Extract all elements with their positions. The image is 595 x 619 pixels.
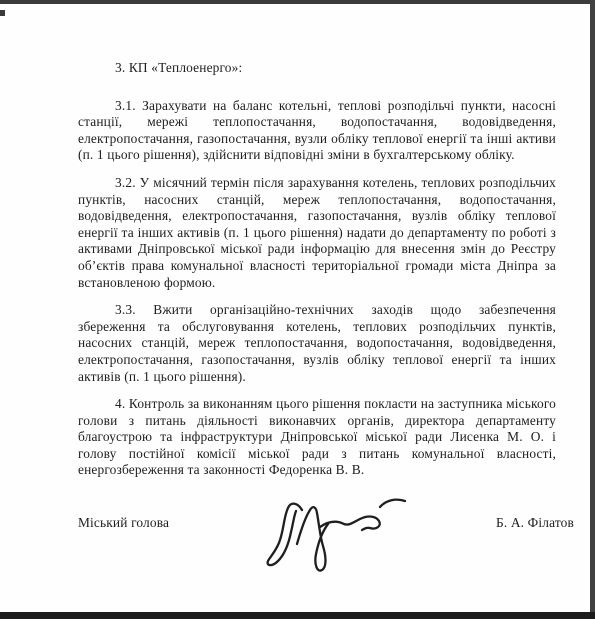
paragraph-3-3: 3.3. Вжити організаційно-технічних заход…: [78, 302, 556, 385]
section-heading: 3. КП «Теплоенерго»:: [78, 60, 556, 77]
paragraph-4: 4. Контроль за виконанням цього рішення …: [78, 396, 556, 479]
document-content: 3. КП «Теплоенерго»: 3.1. Зарахувати на …: [0, 0, 595, 619]
scanned-document-page: 3. КП «Теплоенерго»: 3.1. Зарахувати на …: [0, 0, 595, 619]
signature-row: Міський голова Б. А. Філатов: [78, 515, 574, 532]
paragraph-3-1: 3.1. Зарахувати на баланс котельні, тепл…: [78, 98, 556, 164]
signatory-title: Міський голова: [78, 515, 169, 532]
paragraph-3-2: 3.2. У місячний термін після зарахування…: [78, 175, 556, 291]
signatory-name: Б. А. Філатов: [496, 515, 574, 532]
